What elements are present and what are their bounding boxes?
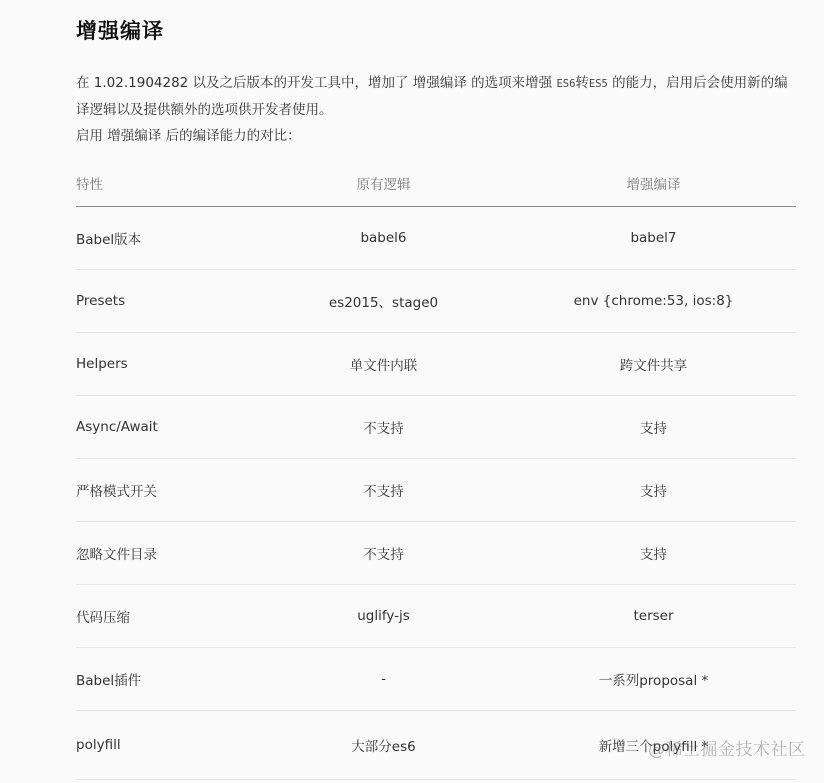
cell-original: 不支持	[256, 522, 511, 585]
cell-feature: 严格模式开关	[76, 459, 256, 522]
cell-feature: Async/Await	[76, 396, 256, 459]
table-row: Babel插件 - 一系列proposal *	[76, 648, 796, 711]
table-row: 严格模式开关 不支持 支持	[76, 459, 796, 522]
cell-original: babel6	[256, 207, 511, 270]
cell-original: -	[256, 648, 511, 711]
table-row: 忽略文件目录 不支持 支持	[76, 522, 796, 585]
intro-paragraph: 在 1.02.1904282 以及之后版本的开发工具中，增加了 增强编译 的选项…	[76, 70, 800, 123]
cell-feature: Babel插件	[76, 648, 256, 711]
cell-enhanced: 跨文件共享	[511, 333, 796, 396]
header-enhanced: 增强编译	[511, 160, 796, 207]
section-title: 增强编译	[76, 15, 164, 45]
watermark: @稀土掘金技术社区	[648, 735, 806, 760]
cell-feature: polyfill	[76, 711, 256, 780]
cell-original: 大部分es6	[256, 711, 511, 780]
intro-text: 转	[575, 75, 589, 91]
cell-feature: 忽略文件目录	[76, 522, 256, 585]
code-es5: ES5	[589, 78, 608, 90]
cell-original: es2015、stage0	[256, 270, 511, 333]
cell-enhanced: terser	[511, 585, 796, 648]
comparison-table: 特性 原有逻辑 增强编译 Babel版本 babel6 babel7 Prese…	[76, 160, 796, 780]
table-row: Helpers 单文件内联 跨文件共享	[76, 333, 796, 396]
comparison-lead: 启用 增强编译 后的编译能力的对比：	[76, 125, 301, 147]
header-feature: 特性	[76, 160, 256, 207]
table-row: 代码压缩 uglify-js terser	[76, 585, 796, 648]
table-row: Async/Await 不支持 支持	[76, 396, 796, 459]
header-original: 原有逻辑	[256, 160, 511, 207]
code-es6: ES6	[556, 78, 575, 90]
cell-feature: Babel版本	[76, 207, 256, 270]
table-row: Babel版本 babel6 babel7	[76, 207, 796, 270]
cell-original: uglify-js	[256, 585, 511, 648]
cell-enhanced: 支持	[511, 522, 796, 585]
cell-feature: Presets	[76, 270, 256, 333]
table-row: Presets es2015、stage0 env {chrome:53, io…	[76, 270, 796, 333]
cell-enhanced: 支持	[511, 396, 796, 459]
cell-enhanced: 支持	[511, 459, 796, 522]
cell-original: 单文件内联	[256, 333, 511, 396]
cell-original: 不支持	[256, 396, 511, 459]
cell-original: 不支持	[256, 459, 511, 522]
cell-enhanced: env {chrome:53, ios:8}	[511, 270, 796, 333]
cell-feature: Helpers	[76, 333, 256, 396]
cell-feature: 代码压缩	[76, 585, 256, 648]
intro-text: 在 1.02.1904282 以及之后版本的开发工具中，增加了 增强编译 的选项…	[76, 75, 556, 91]
cell-enhanced: 一系列proposal *	[511, 648, 796, 711]
table-header-row: 特性 原有逻辑 增强编译	[76, 160, 796, 207]
cell-enhanced: babel7	[511, 207, 796, 270]
